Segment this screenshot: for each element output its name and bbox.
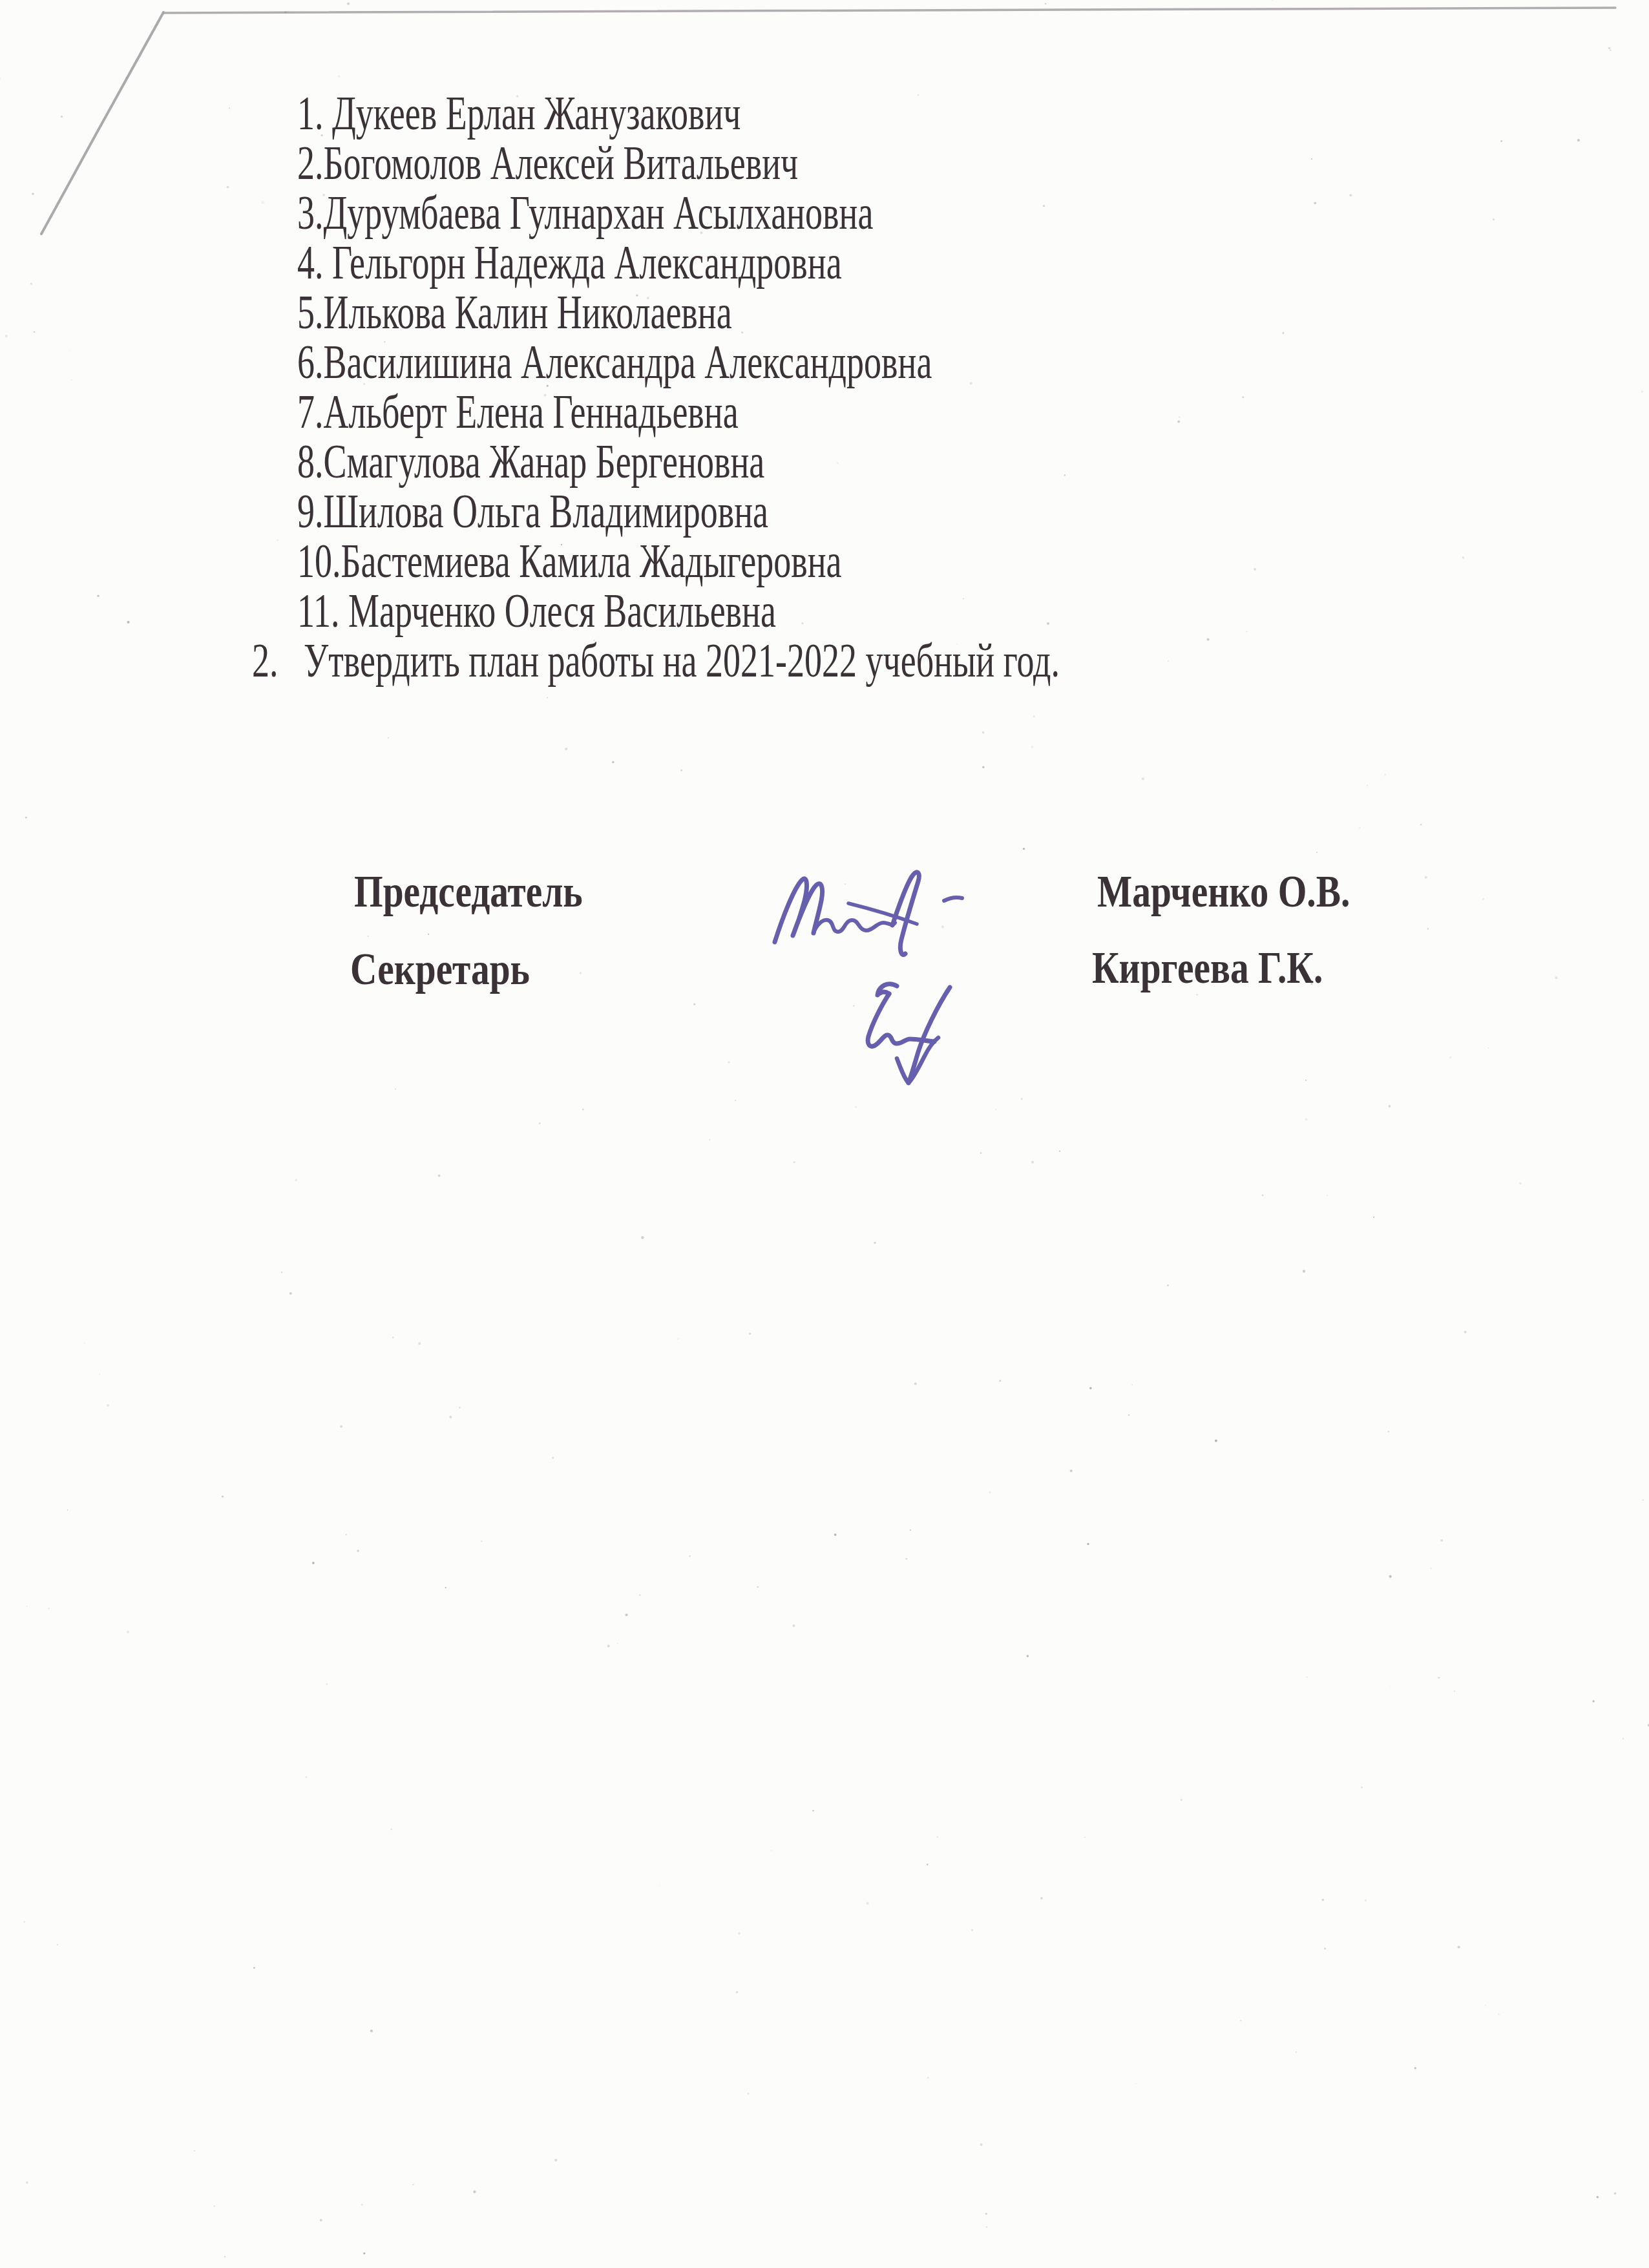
scan-top-edge-line: [163, 8, 1615, 13]
secretary-name: Киргеева Г.К.: [1092, 946, 1323, 991]
attendee-line: 4. Гельгорн Надежда Александровна: [297, 238, 842, 287]
resolution-number: 2.: [252, 636, 278, 685]
attendee-line: 5.Илькова Калин Николаевна: [297, 288, 732, 337]
chairman-name: Марченко О.В.: [1097, 870, 1350, 915]
chairman-signature: [766, 863, 972, 960]
role-chairman-label: Председатель: [354, 870, 583, 915]
attendee-line: 7.Альберт Елена Геннадьевна: [297, 388, 739, 436]
attendee-line: 9.Шилова Ольга Владимировна: [297, 487, 768, 536]
attendee-line: 10.Бастемиева Камила Жадыгеровна: [297, 537, 842, 585]
resolution-text: Утвердить план работы на 2021-2022 учебн…: [304, 636, 1060, 685]
attendee-line: 3.Дурумбаева Гулнархан Асылхановна: [297, 189, 873, 237]
attendee-line: 11. Марченко Олеся Васильевна: [297, 587, 776, 635]
secretary-signature: [852, 977, 974, 1100]
attendee-line: 2.Богомолов Алексей Витальевич: [297, 139, 798, 187]
attendee-line: 8.Смагулова Жанар Бергеновна: [297, 437, 764, 486]
attendee-line: 6.Василишина Александра Александровна: [297, 338, 932, 386]
attendee-line: 1. Дукеев Ерлан Жанузакович: [297, 89, 740, 138]
scan-fold-line: [41, 12, 163, 234]
scanned-document-page: 1. Дукеев Ерлан Жанузакович 2.Богомолов …: [0, 0, 1649, 2268]
role-secretary-label: Секретарь: [350, 947, 530, 992]
